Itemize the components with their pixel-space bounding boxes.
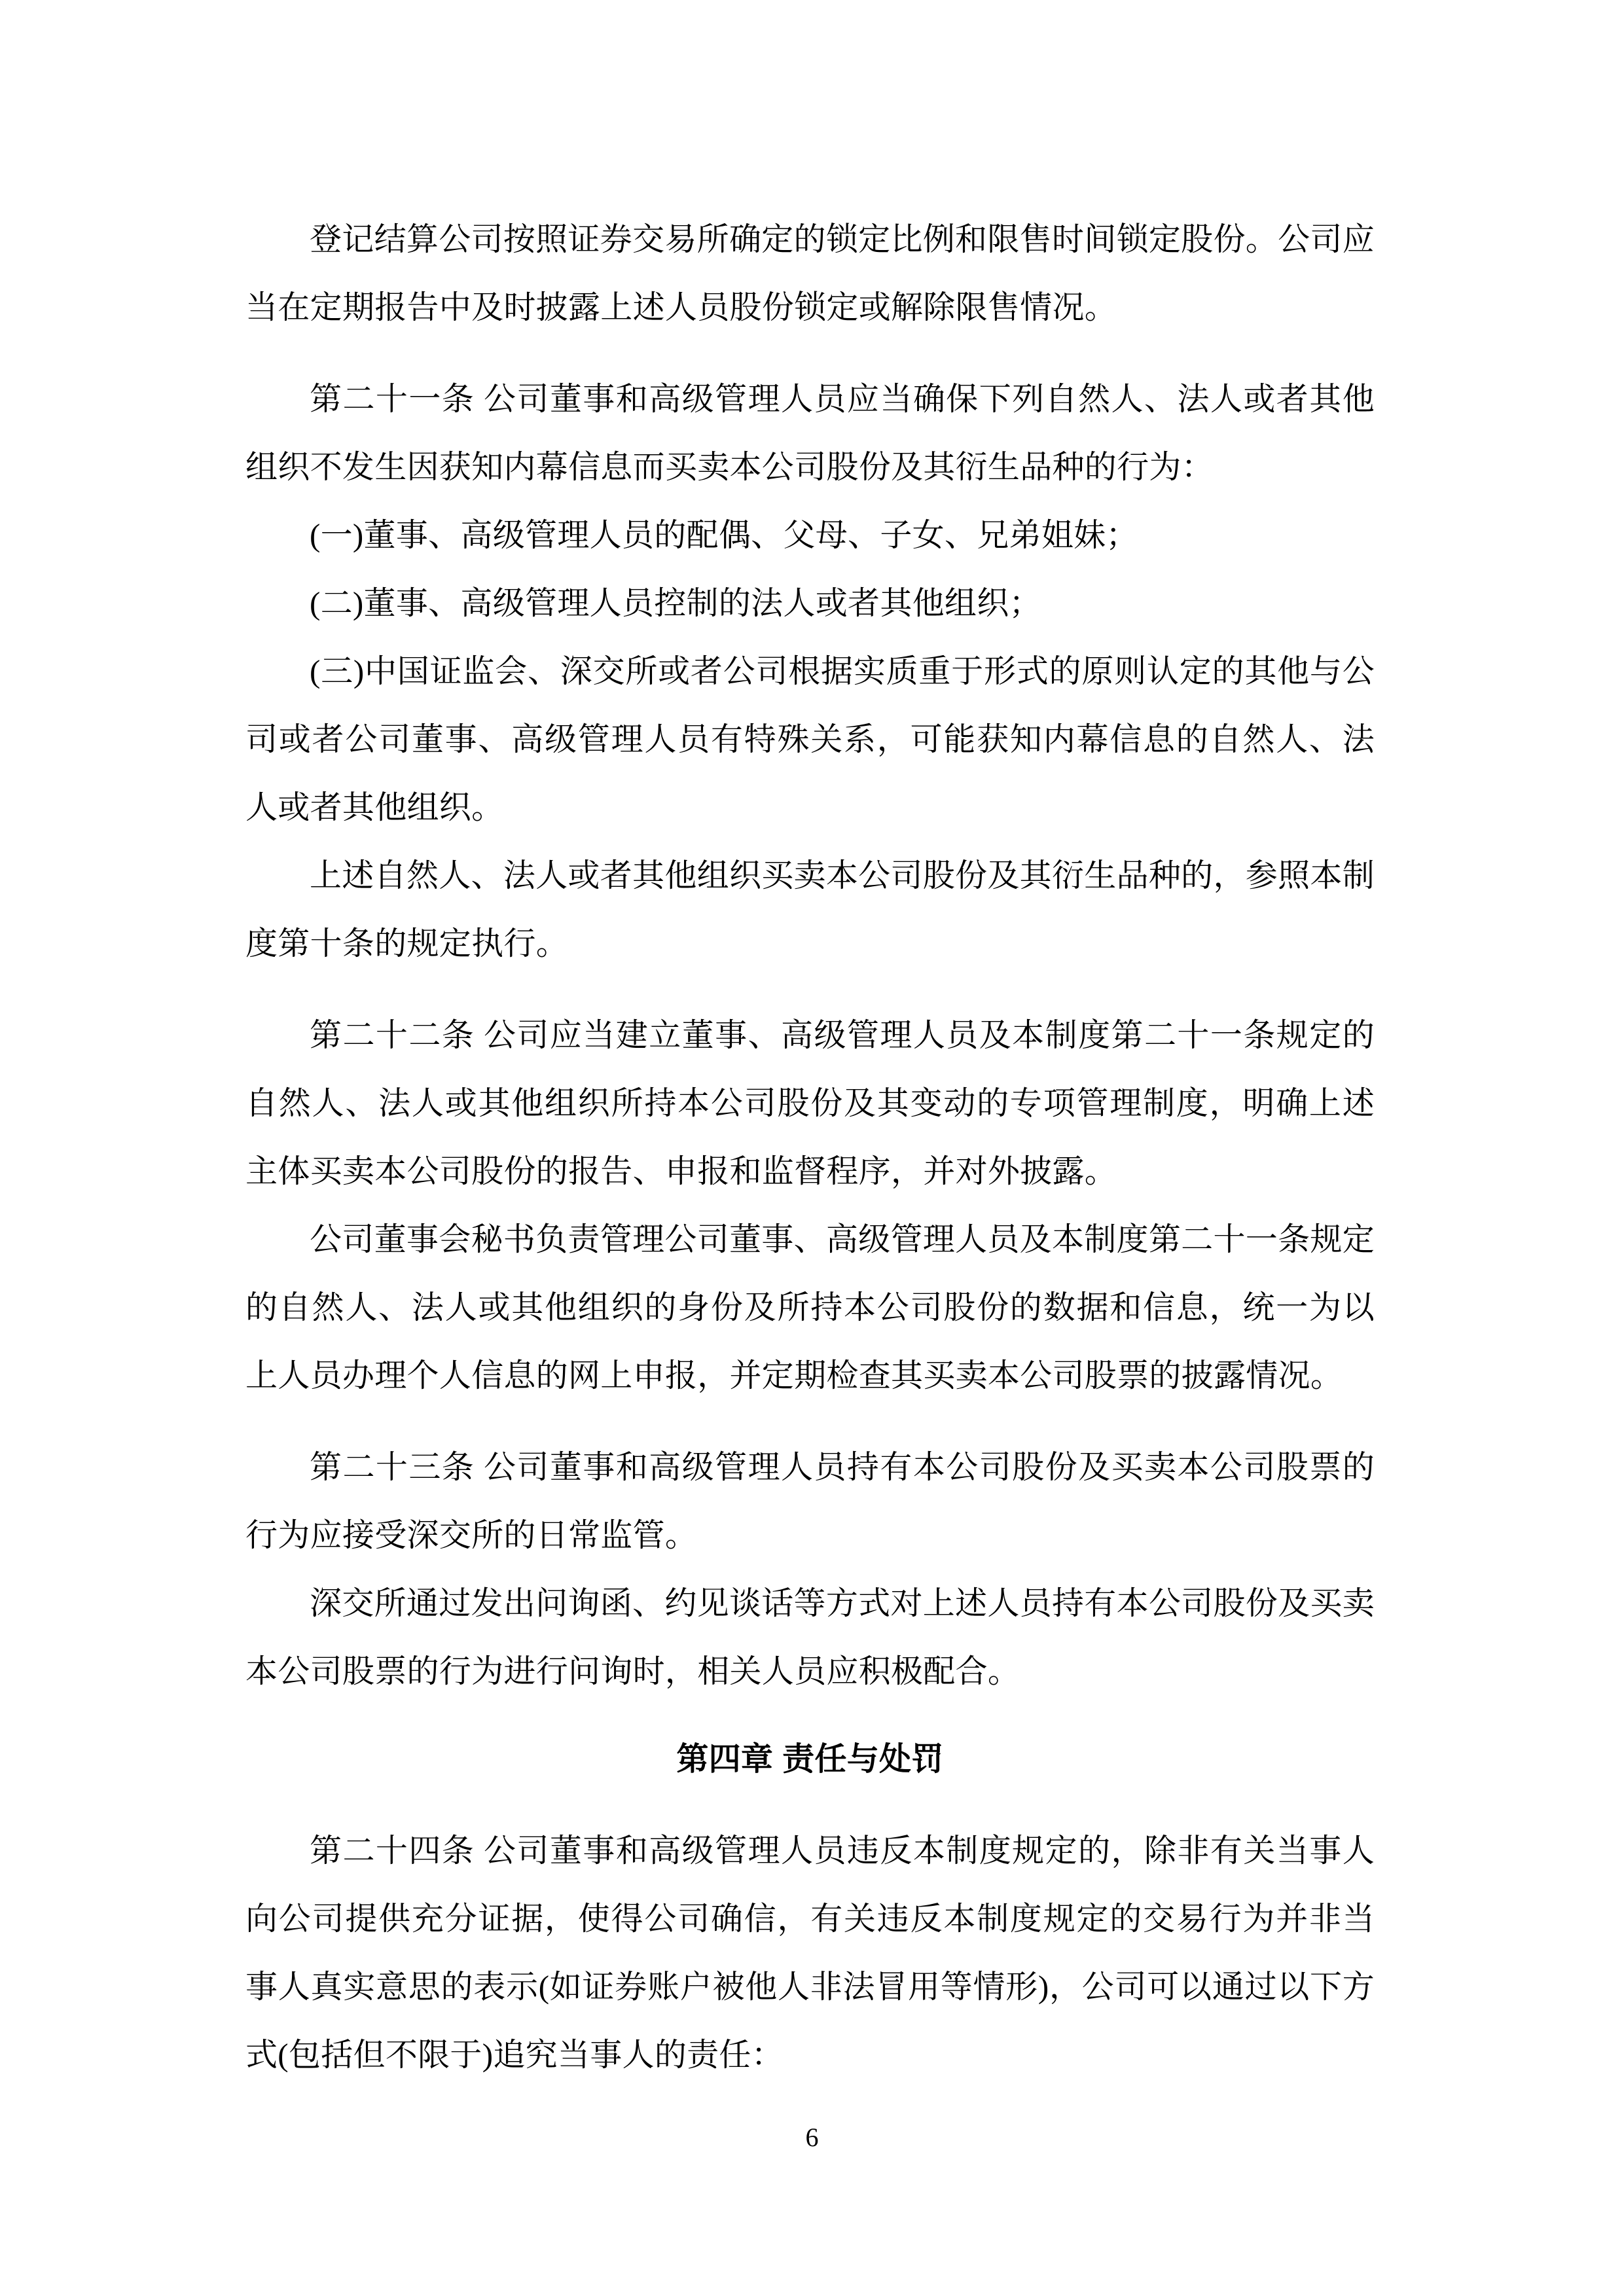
article-22: 第二十二条 公司应当建立董事、高级管理人员及本制度第二十一条规定的自然人、法人或… <box>245 1001 1375 1206</box>
paragraph-szse-inquiry: 深交所通过发出问询函、约见谈话等方式对上述人员持有本公司股份及买卖本公司股票的行… <box>245 1570 1375 1706</box>
article-21: 第二十一条 公司董事和高级管理人员应当确保下列自然人、法人或者其他组织不发生因获… <box>245 365 1375 501</box>
paragraph-board-secretary: 公司董事会秘书负责管理公司董事、高级管理人员及本制度第二十一条规定的自然人、法人… <box>245 1206 1375 1410</box>
article-21-item-1: (一)董事、高级管理人员的配偶、父母、子女、兄弟姐妹； <box>245 501 1375 569</box>
page-number: 6 <box>0 2122 1624 2153</box>
article-21-item-3: (三)中国证监会、深交所或者公司根据实质重于形式的原则认定的其他与公司或者公司董… <box>245 637 1375 842</box>
paragraph-reference-article-10: 上述自然人、法人或者其他组织买卖本公司股份及其衍生品种的，参照本制度第十条的规定… <box>245 842 1375 978</box>
paragraph-lockup-disclosure: 登记结算公司按照证券交易所确定的锁定比例和限售时间锁定股份。公司应当在定期报告中… <box>245 206 1375 342</box>
article-24: 第二十四条 公司董事和高级管理人员违反本制度规定的，除非有关当事人向公司提供充分… <box>245 1817 1375 2089</box>
chapter-4-heading: 第四章 责任与处罚 <box>245 1725 1375 1793</box>
document-page: 登记结算公司按照证券交易所确定的锁定比例和限售时间锁定股份。公司应当在定期报告中… <box>0 0 1624 2296</box>
article-21-item-2: (二)董事、高级管理人员控制的法人或者其他组织； <box>245 569 1375 637</box>
article-23: 第二十三条 公司董事和高级管理人员持有本公司股份及买卖本公司股票的行为应接受深交… <box>245 1433 1375 1570</box>
document-body: 登记结算公司按照证券交易所确定的锁定比例和限售时间锁定股份。公司应当在定期报告中… <box>245 206 1375 2089</box>
